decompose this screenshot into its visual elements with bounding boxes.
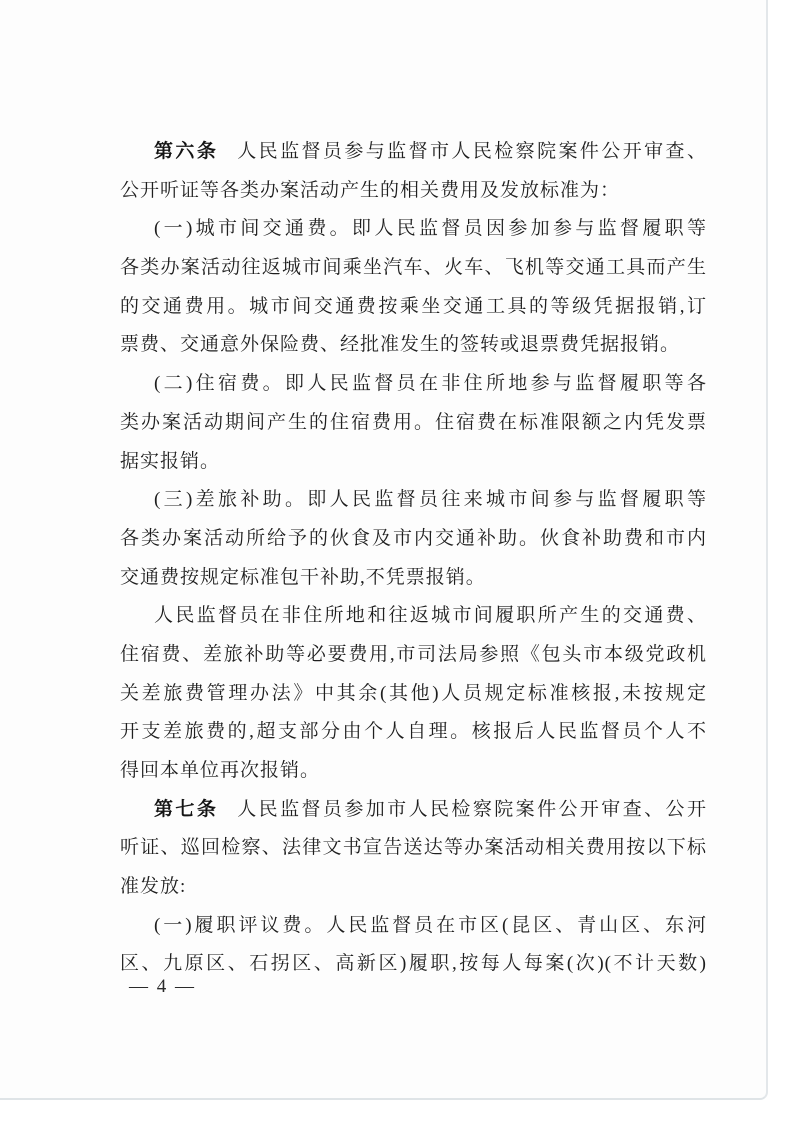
text-line: 关差旅费管理办法》中其余(其他)人员规定标准核报,未按规定: [120, 675, 707, 714]
text-line: 开支差旅费的,超支部分由个人自理。核报后人民监督员个人不: [120, 713, 707, 752]
text-line: 住宿费、差旅补助等必要费用,市司法局参照《包头市本级党政机: [120, 636, 707, 675]
article-number: 第七条: [154, 799, 218, 820]
text-line: 听证、巡回检察、法律文书宣告送达等办案活动相关费用按以下标: [120, 829, 707, 868]
text-line: (二)住宿费。即人民监督员在非住所地参与监督履职等各: [120, 365, 707, 404]
document-body: 第六条人民监督员参与监督市人民检察院案件公开审查、 公开听证等各类办案活动产生的…: [120, 133, 707, 984]
text-line: 第六条人民监督员参与监督市人民检察院案件公开审查、: [120, 133, 707, 172]
text-line: 第七条人民监督员参加市人民检察院案件公开审查、公开: [120, 791, 707, 830]
text-line: 人民监督员在非住所地和往返城市间履职所产生的交通费、: [120, 597, 707, 636]
text-segment: 人民监督员参与监督市人民检察院案件公开审查、: [237, 141, 707, 162]
text-line: 准发放:: [120, 868, 707, 907]
text-line: (三)差旅补助。即人民监督员往来城市间参与监督履职等: [120, 481, 707, 520]
text-line: 各类办案活动所给予的伙食及市内交通补助。伙食补助费和市内: [120, 520, 707, 559]
text-line: 类办案活动期间产生的住宿费用。住宿费在标准限额之内凭发票: [120, 404, 707, 443]
article-number: 第六条: [154, 141, 218, 162]
text-line: 据实报销。: [120, 443, 707, 482]
text-line: (一)履职评议费。人民监督员在市区(昆区、青山区、东河: [120, 907, 707, 946]
text-line: 得回本单位再次报销。: [120, 752, 707, 791]
text-line: 交通费按规定标准包干补助,不凭票报销。: [120, 559, 707, 598]
scanned-page-sheet: 第六条人民监督员参与监督市人民检察院案件公开审查、 公开听证等各类办案活动产生的…: [0, 0, 768, 1100]
text-line: (一)城市间交通费。即人民监督员因参加参与监督履职等: [120, 210, 707, 249]
text-line: 票费、交通意外保险费、经批准发生的签转或退票费凭据报销。: [120, 326, 707, 365]
page-number: — 4 —: [129, 976, 196, 998]
text-line: 区、九原区、石拐区、高新区)履职,按每人每案(次)(不计天数): [120, 945, 707, 984]
text-segment: 人民监督员参加市人民检察院案件公开审查、公开: [237, 799, 707, 820]
text-line: 的交通费用。城市间交通费按乘坐交通工具的等级凭据报销,订: [120, 288, 707, 327]
text-line: 各类办案活动往返城市间乘坐汽车、火车、飞机等交通工具而产生: [120, 249, 707, 288]
text-line: 公开听证等各类办案活动产生的相关费用及发放标准为：: [120, 172, 707, 211]
